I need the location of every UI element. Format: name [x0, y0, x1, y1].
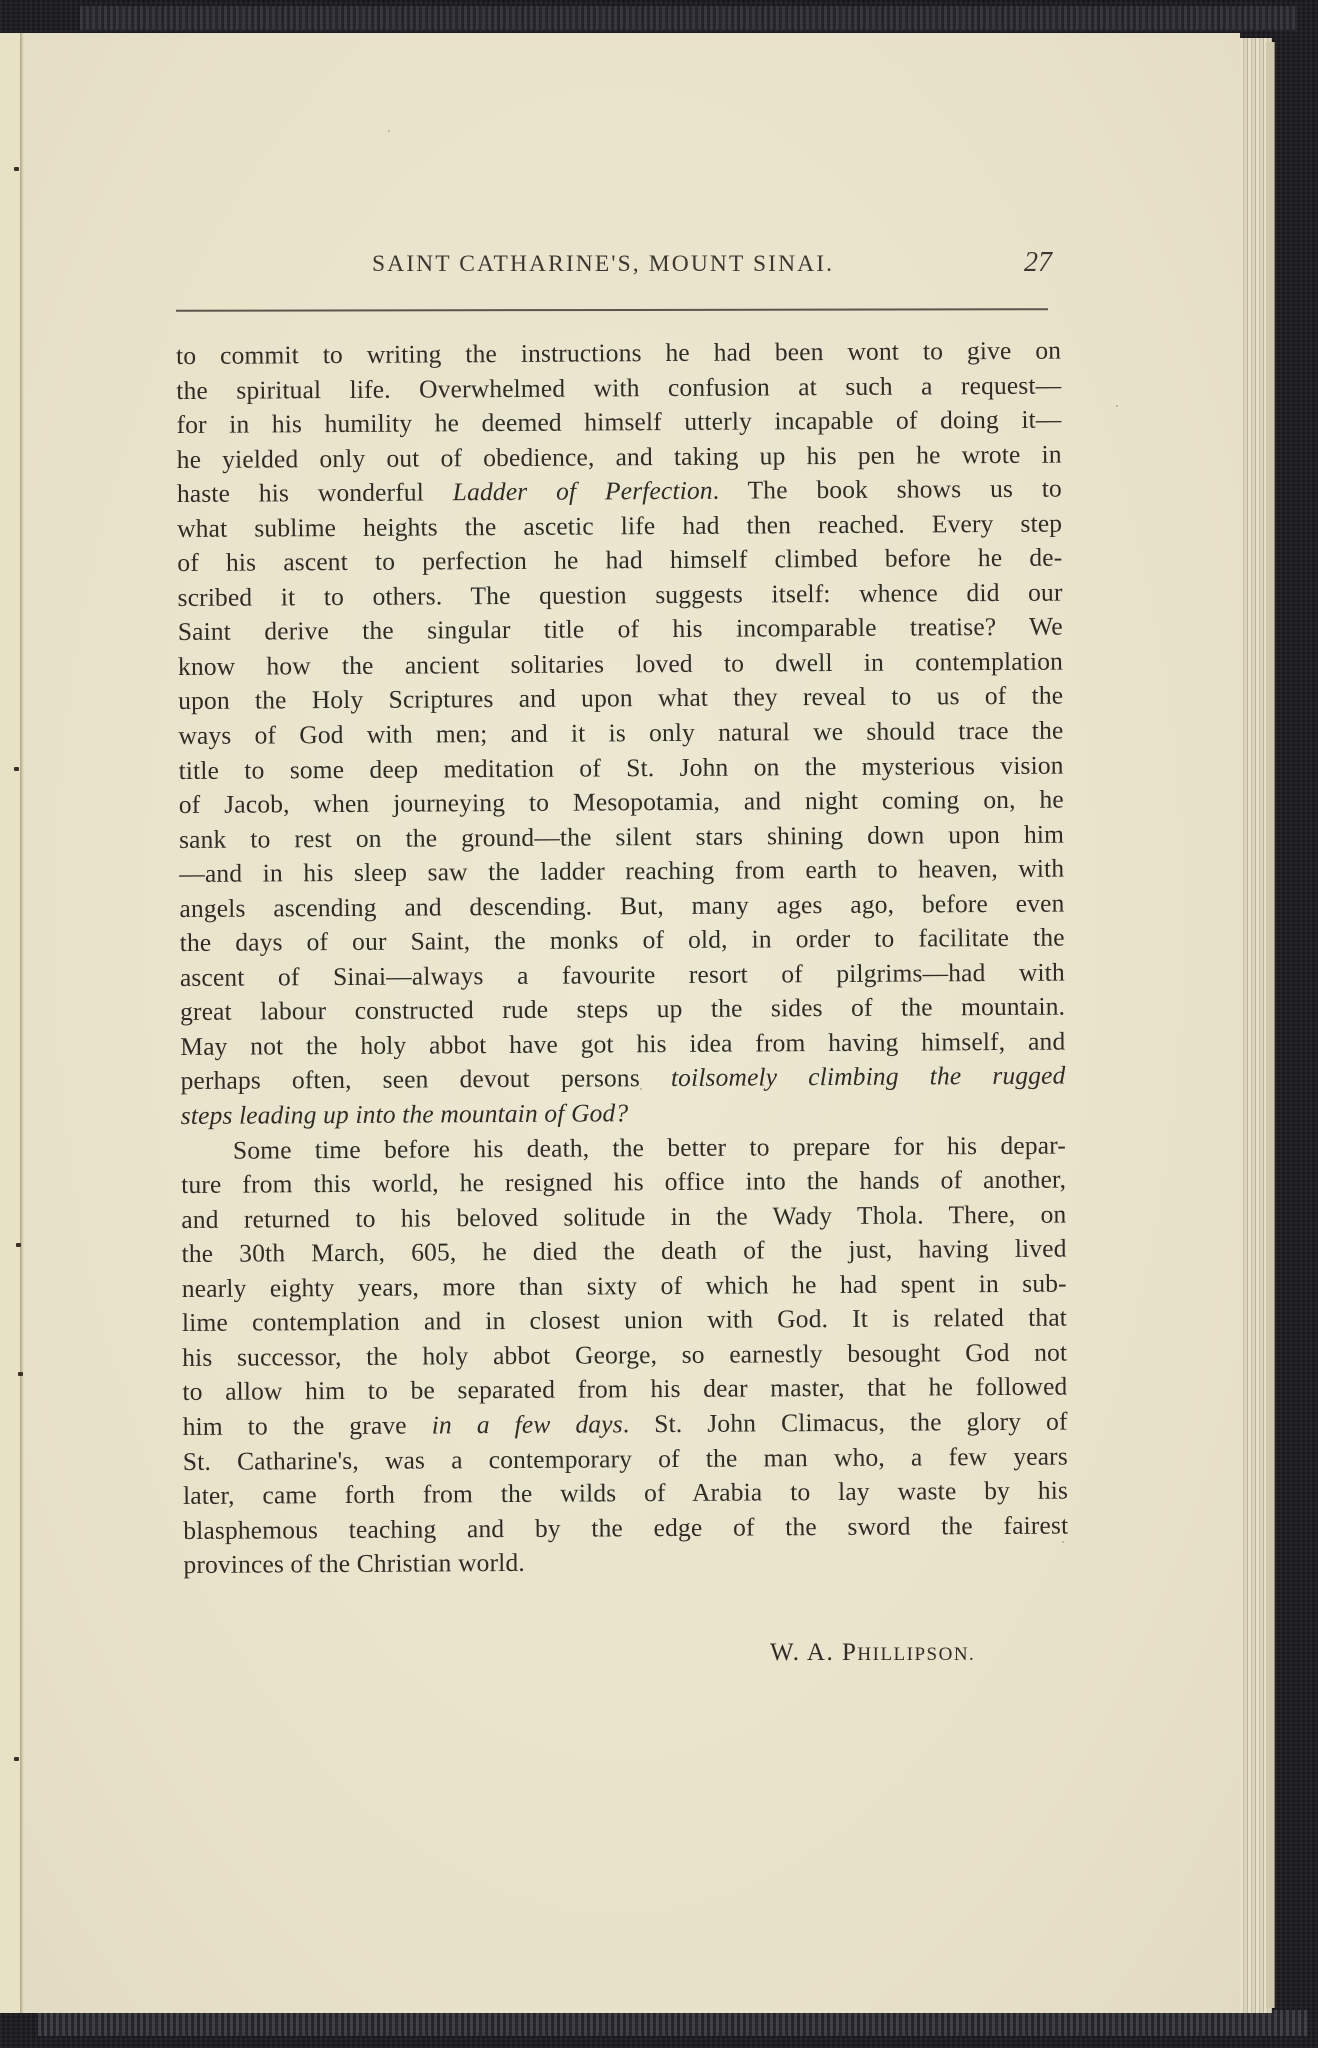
text-segment: of Jacob, when journeying to Mesopotamia… [179, 785, 1064, 819]
text-segment: Some time before his death, the better t… [233, 1130, 1066, 1164]
text-line: perhaps often, seen devout persons toils… [180, 1059, 1065, 1099]
text-line: ways of God with men; and it is only nat… [178, 714, 1063, 754]
signature-surname: HILLIPSON. [857, 1644, 975, 1665]
text-segment: great labour constructed rude steps up t… [180, 992, 1065, 1026]
paper-speck [640, 1088, 642, 1090]
text-segment: provinces of the Christian world. [183, 1548, 525, 1579]
text-line: Some time before his death, the better t… [181, 1128, 1066, 1168]
page-number: 27 [1024, 247, 1052, 279]
text-line: title to some deep meditation of St. Joh… [179, 748, 1064, 788]
text-segment: what sublime heights the ascetic life ha… [177, 508, 1062, 542]
text-segment: perhaps often, seen devout persons [180, 1063, 671, 1095]
text-line: blasphemous teaching and by the edge of … [183, 1508, 1068, 1548]
text-segment: and returned to his beloved solitude in … [181, 1199, 1066, 1233]
binding-stitch [14, 167, 19, 171]
text-segment: nearly eighty years, more than sixty of … [182, 1268, 1067, 1302]
text-line: later, came forth from the wilds of Arab… [183, 1474, 1068, 1514]
text-line: he yielded only out of obedience, and ta… [177, 437, 1062, 477]
author-signature: W. A. PHILLIPSON. [770, 1639, 975, 1667]
text-segment: . St. John Climacus, the glory of [623, 1407, 1068, 1439]
binding-texture-top [80, 6, 1298, 30]
text-line: nearly eighty years, more than sixty of … [182, 1266, 1067, 1306]
paper-speck [1116, 405, 1118, 407]
text-segment: scribed it to others. The question sugge… [177, 577, 1062, 611]
book-gutter [20, 33, 24, 2013]
text-segment: . The book shows us to [713, 474, 1062, 505]
text-segment: to commit to writing the instructions he… [176, 336, 1061, 370]
text-segment: lime contemplation and in closest union … [182, 1303, 1067, 1337]
italic-text: in a few days [432, 1409, 623, 1439]
text-line: what sublime heights the ascetic life ha… [177, 506, 1062, 546]
text-segment: of his ascent to perfection he had himse… [177, 543, 1062, 577]
header-rule [176, 308, 1048, 311]
body-text: to commit to writing the instructions he… [176, 334, 1069, 1583]
paper-speck [578, 660, 580, 662]
text-segment: him to the grave [183, 1410, 432, 1441]
text-line: upon the Holy Scriptures and upon what t… [178, 679, 1063, 719]
text-segment: haste his wonderful [177, 478, 453, 509]
text-line: angels ascending and descending. But, ma… [179, 886, 1064, 926]
paper-speck [388, 130, 390, 132]
binding-stitch [16, 1243, 21, 1247]
italic-text: toilsomely climbing the rugged [671, 1061, 1066, 1092]
text-segment: to allow him to be separated from his de… [182, 1372, 1067, 1406]
text-line: ascent of Sinai—always a favourite resor… [180, 955, 1065, 995]
text-line: for in his humility he deemed himself ut… [176, 403, 1061, 443]
text-line: May not the holy abbot have got his idea… [180, 1025, 1065, 1065]
text-line: of Jacob, when journeying to Mesopotamia… [179, 783, 1064, 823]
text-segment: later, came forth from the wilds of Arab… [183, 1476, 1068, 1510]
text-line: of his ascent to perfection he had himse… [177, 541, 1062, 581]
text-segment: Saint derive the singular title of his i… [178, 612, 1063, 646]
text-segment: know how the ancient solitaries loved to… [178, 647, 1063, 681]
text-segment: the spiritual life. Overwhelmed with con… [176, 370, 1061, 404]
signature-initials: W. A. P [770, 1639, 857, 1666]
text-segment: the days of our Saint, the monks of old,… [180, 923, 1065, 957]
text-line: the days of our Saint, the monks of old,… [180, 921, 1065, 961]
text-line: great labour constructed rude steps up t… [180, 990, 1065, 1030]
text-line: steps leading up into the mountain of Go… [181, 1094, 1066, 1134]
text-segment: sank to rest on the ground—the silent st… [179, 819, 1064, 853]
text-line: him to the grave in a few days. St. John… [183, 1405, 1068, 1445]
text-segment: May not the holy abbot have got his idea… [180, 1027, 1065, 1061]
text-line: and returned to his beloved solitude in … [181, 1197, 1066, 1237]
binding-stitch [14, 1757, 19, 1761]
italic-text: steps leading up into the mountain of Go… [181, 1098, 629, 1130]
running-head-title: SAINT CATHARINE'S, MOUNT SINAI. [372, 251, 834, 278]
text-line: ture from this world, he resigned his of… [181, 1163, 1066, 1203]
text-line: provinces of the Christian world. [183, 1543, 1068, 1583]
text-segment: for in his humility he deemed himself ut… [176, 405, 1061, 439]
text-line: sank to rest on the ground—the silent st… [179, 817, 1064, 857]
text-line: to commit to writing the instructions he… [176, 334, 1061, 374]
paper-speck [1062, 1541, 1064, 1543]
text-segment: his successor, the holy abbot George, so… [182, 1337, 1067, 1371]
text-segment: angels ascending and descending. But, ma… [179, 888, 1064, 922]
binding-stitch [18, 1372, 23, 1376]
text-line: his successor, the holy abbot George, so… [182, 1335, 1067, 1375]
text-segment: blasphemous teaching and by the edge of … [183, 1510, 1068, 1544]
text-segment: title to some deep meditation of St. Joh… [179, 750, 1064, 784]
text-line: the spiritual life. Overwhelmed with con… [176, 368, 1061, 408]
text-segment: ture from this world, he resigned his of… [181, 1165, 1066, 1199]
text-segment: St. Catharine's, was a contemporary of t… [183, 1441, 1068, 1475]
binding-stitch [14, 767, 19, 771]
text-segment: ascent of Sinai—always a favourite resor… [180, 957, 1065, 991]
text-line: haste his wonderful Ladder of Perfection… [177, 472, 1062, 512]
book-page: SAINT CATHARINE'S, MOUNT SINAI. 27 to co… [0, 33, 1240, 2013]
binding-texture-bottom [38, 2010, 1308, 2036]
text-line: scribed it to others. The question sugge… [177, 575, 1062, 615]
text-line: lime contemplation and in closest union … [182, 1301, 1067, 1341]
text-line: Saint derive the singular title of his i… [178, 610, 1063, 650]
italic-text: Ladder of Perfection [453, 476, 713, 507]
text-line: —and in his sleep saw the ladder reachin… [179, 852, 1064, 892]
text-segment: upon the Holy Scriptures and upon what t… [178, 681, 1063, 715]
text-line: St. Catharine's, was a contemporary of t… [183, 1439, 1068, 1479]
text-segment: ways of God with men; and it is only nat… [178, 716, 1063, 750]
facing-page-edge [0, 33, 22, 2013]
text-segment: he yielded only out of obedience, and ta… [177, 439, 1062, 473]
text-line: the 30th March, 605, he died the death o… [181, 1232, 1066, 1272]
page-block-edge-outer [1266, 42, 1275, 2008]
text-segment: the 30th March, 605, he died the death o… [181, 1234, 1066, 1268]
text-line: know how the ancient solitaries loved to… [178, 645, 1063, 685]
text-segment: —and in his sleep saw the ladder reachin… [179, 854, 1064, 888]
text-line: to allow him to be separated from his de… [182, 1370, 1067, 1410]
